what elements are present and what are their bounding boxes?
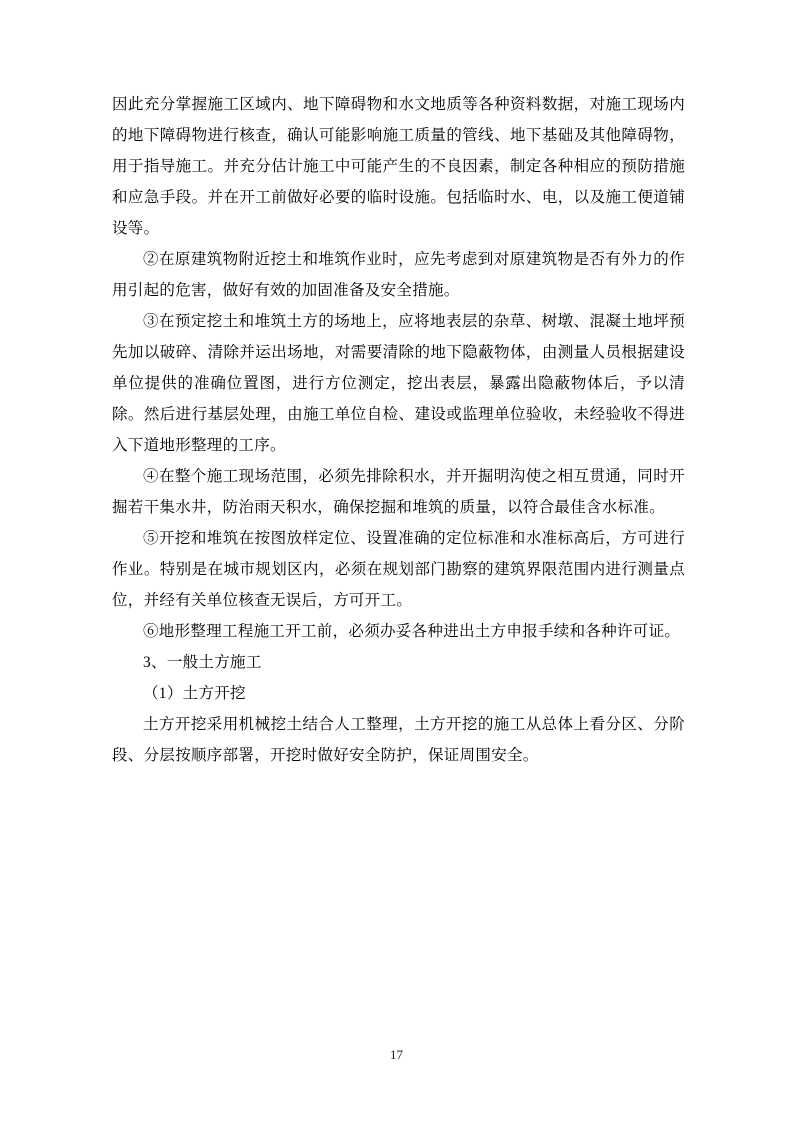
paragraph-item-5: ⑤开挖和堆筑在按图放样定位、设置准确的定位标准和水准标高后，方可进行作业。特别是… xyxy=(112,523,685,616)
paragraph-item-2: ②在原建筑物附近挖土和堆筑作业时，应先考虑到对原建筑物是否有外力的作用引起的危害… xyxy=(112,244,685,306)
paragraph-item-3: ③在预定挖土和堆筑土方的场地上，应将地表层的杂草、树墩、混凝土地坪预先加以破碎、… xyxy=(112,306,685,461)
heading-earth-excavation: （1）土方开挖 xyxy=(112,678,685,709)
paragraph-item-6: ⑥地形整理工程施工开工前，必须办妥各种进出土方申报手续和各种许可证。 xyxy=(112,616,685,647)
paragraph-continuation: 因此充分掌握施工区域内、地下障碍物和水文地质等各种资料数据，对施工现场内的地下障… xyxy=(112,89,685,244)
page-number: 17 xyxy=(390,1047,403,1063)
paragraph-excavation-body: 土方开挖采用机械挖土结合人工整理，土方开挖的施工从总体上看分区、分阶段、分层按顺… xyxy=(112,709,685,771)
page-footer: 17 xyxy=(0,1046,793,1064)
document-page: 因此充分掌握施工区域内、地下障碍物和水文地质等各种资料数据，对施工现场内的地下障… xyxy=(0,0,793,1122)
paragraph-item-4: ④在整个施工现场范围，必须先排除积水，并开掘明沟使之相互贯通，同时开掘若干集水井… xyxy=(112,461,685,523)
heading-general-earthwork: 3、一般土方施工 xyxy=(112,647,685,678)
document-body: 因此充分掌握施工区域内、地下障碍物和水文地质等各种资料数据，对施工现场内的地下障… xyxy=(112,89,685,771)
